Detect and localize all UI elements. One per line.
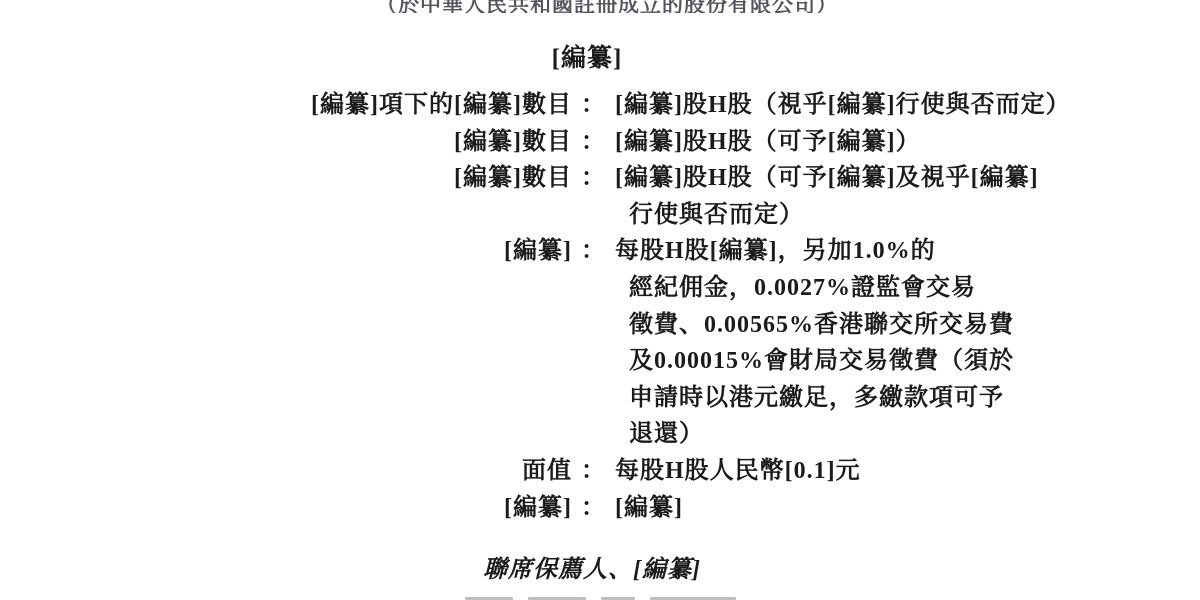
colon-separator: ： [572,490,615,527]
offer-row: 面值：每股H股人民幣[0.1]元 [0,453,1200,490]
joint-sponsors-line: 聯席保薦人、[編纂] [0,552,1200,588]
incorporation-clipped-line: （於中華人民共和國註冊成立的股份有限公司） [0,0,1200,13]
colon-separator: ： [572,453,615,490]
offer-value: [編纂]股H股（可予[編纂]） [615,124,1200,161]
redacted-heading: [編纂] [0,38,1200,74]
offer-value: 每股H股人民幣[0.1]元 [615,453,1200,490]
offer-value-line: 每股H股人民幣[0.1]元 [615,453,1200,490]
offer-value-line: [編纂]股H股（視乎[編纂]行使與否而定） [615,87,1200,124]
offer-value-line: [編纂]股H股（可予[編纂]） [615,124,1200,161]
colon-separator: ： [572,233,615,270]
offer-term-label: [編纂]數目 [0,160,572,197]
offer-term-label: [編纂] [0,233,572,270]
offer-value-line: 行使與否而定） [615,197,1200,234]
offer-value: [編纂]股H股（視乎[編纂]行使與否而定） [615,87,1200,124]
offer-value: [編纂] [615,490,1200,527]
offer-row: [編纂]數目：[編纂]股H股（可予[編纂]） [0,124,1200,161]
offer-value-line: 及0.00015%會財局交易徵費（須於 [615,343,1200,380]
offer-value-line: 退還） [615,416,1200,453]
offer-value-line: [編纂] [615,490,1200,527]
offer-value-line: 申請時以港元繳足，多繳款項可予 [615,380,1200,417]
offer-term-label: [編纂]數目 [0,124,572,161]
offer-row: [編纂]項下的[編纂]數目：[編纂]股H股（視乎[編纂]行使與否而定） [0,87,1200,124]
offer-term-label: [編纂] [0,490,572,527]
offer-value-line: [編纂]股H股（可予[編纂]及視乎[編纂] [615,160,1200,197]
offer-value-line: 徵費、0.00565%香港聯交所交易費 [615,307,1200,344]
offer-row: [編纂]數目：[編纂]股H股（可予[編纂]及視乎[編纂]行使與否而定） [0,160,1200,233]
colon-separator: ： [572,160,615,197]
offer-value: 每股H股[編纂]，另加1.0%的經紀佣金，0.0027%證監會交易徵費、0.00… [615,233,1200,453]
offer-term-label: [編纂]項下的[編纂]數目 [0,87,572,124]
clipped-next-line-fragment [0,596,1200,600]
offer-value-line: 經紀佣金，0.0027%證監會交易 [615,270,1200,307]
colon-separator: ： [572,87,615,124]
offer-row: [編纂]：每股H股[編纂]，另加1.0%的經紀佣金，0.0027%證監會交易徵費… [0,233,1200,453]
offer-value-line: 每股H股[編纂]，另加1.0%的 [615,233,1200,270]
offer-row: [編纂]：[編纂] [0,490,1200,527]
colon-separator: ： [572,124,615,161]
offer-statistics-table: [編纂]項下的[編纂]數目：[編纂]股H股（視乎[編纂]行使與否而定）[編纂]數… [0,87,1200,526]
incorporation-statement: （於中華人民共和國註冊成立的股份有限公司） [0,0,1200,13]
offer-value: [編纂]股H股（可予[編纂]及視乎[編纂]行使與否而定） [615,160,1200,233]
offer-term-label: 面值 [0,453,572,490]
